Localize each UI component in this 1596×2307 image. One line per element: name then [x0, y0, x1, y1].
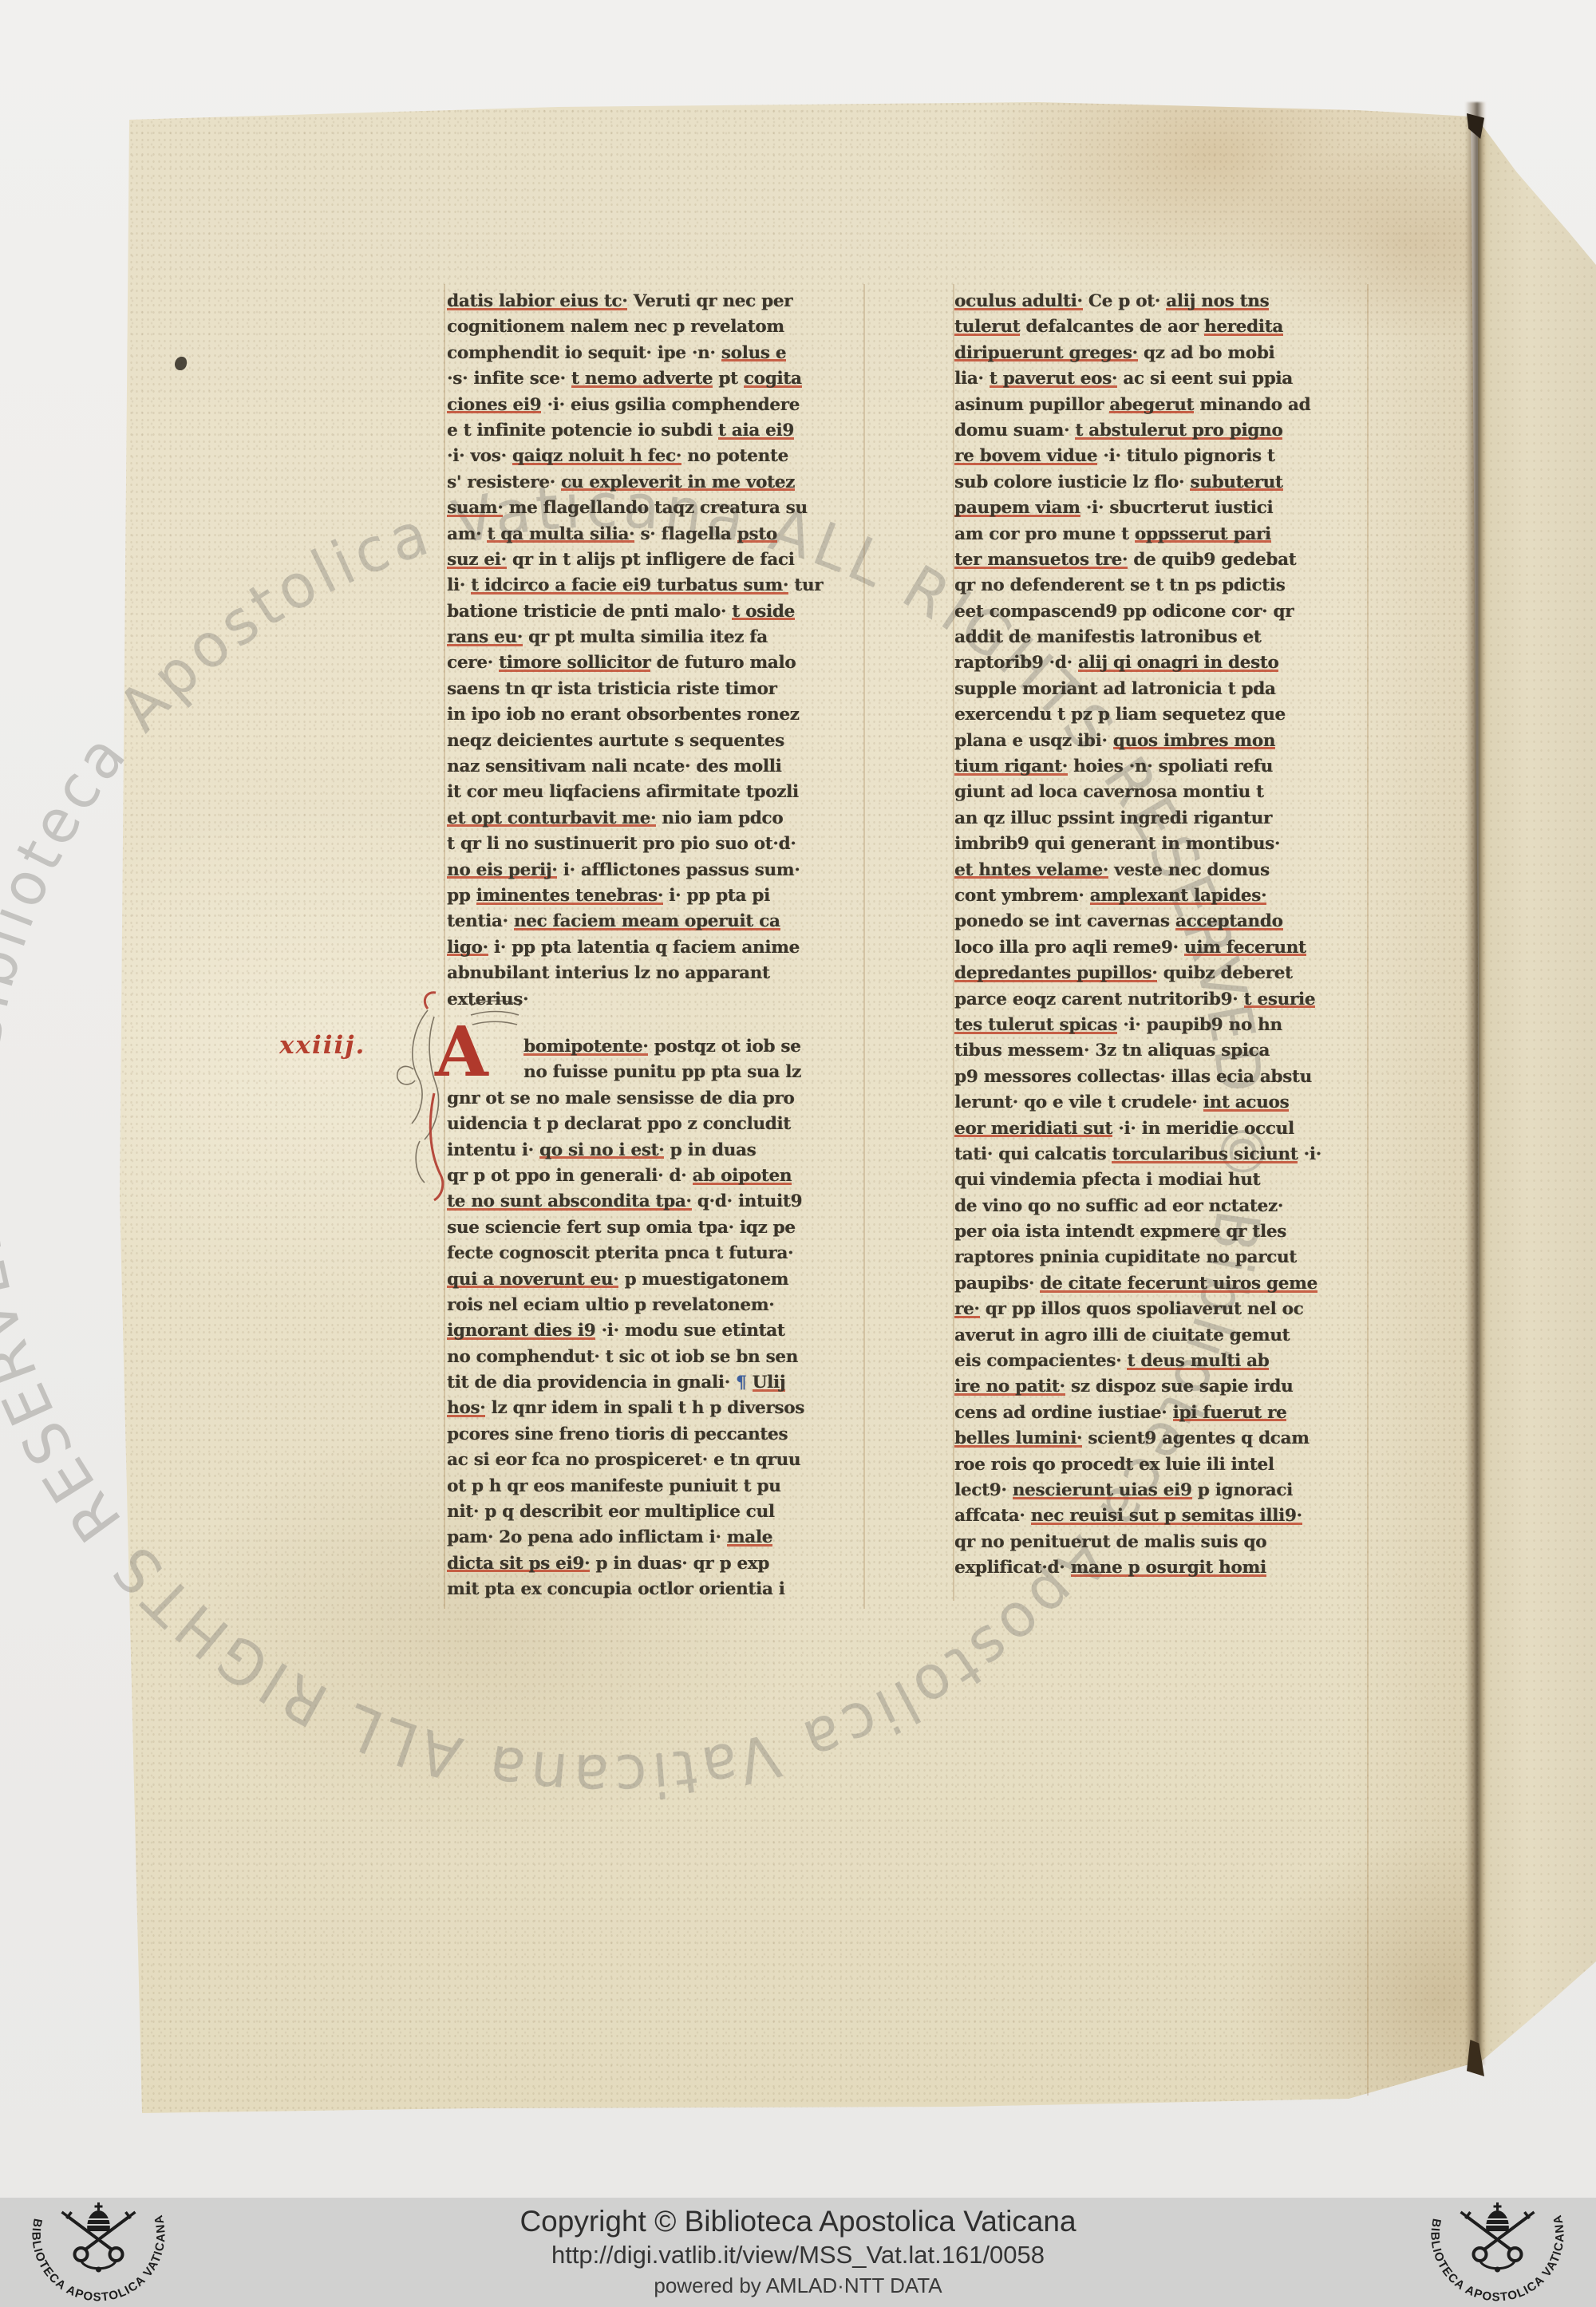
manuscript-line: et opt conturbavit me· nio iam pdco	[447, 806, 863, 832]
manuscript-line: ire no patit· sz dispoz sue sapie irdu	[954, 1374, 1369, 1400]
manuscript-line: supple moriant ad latronicia t pda	[954, 677, 1369, 702]
manuscript-line: bomipotente· postqz ot iob se	[447, 1034, 863, 1060]
ruling-line	[444, 284, 445, 1609]
manuscript-line: lect9· nescierunt uias ei9 p ignoraci	[954, 1478, 1369, 1503]
facing-page-edge	[1473, 0, 1596, 2198]
manuscript-line: sub colore iusticie lz flo· subuterut	[954, 470, 1369, 496]
manuscript-line: ter mansuetos tre· de quib9 gedebat	[954, 547, 1369, 573]
manuscript-url-text: http://digi.vatlib.it/view/MSS_Vat.lat.1…	[0, 2239, 1596, 2271]
manuscript-line: re bovem vidue ·i· titulo pignoris t	[954, 444, 1369, 469]
manuscript-line: naz sensitivam nali ncate· des molli	[447, 754, 863, 780]
manuscript-line: explificat·d· mane p osurgit homi	[954, 1555, 1369, 1581]
binding-gutter-shadow	[1465, 102, 1486, 2065]
manuscript-line: t qr li no sustinuerit pro pio suo ot·d·	[447, 832, 863, 857]
manuscript-line: giunt ad loca cavernosa montiu t	[954, 780, 1369, 805]
manuscript-line: pcores sine freno tioris di peccantes	[447, 1422, 863, 1448]
paraph-mark: ¶	[736, 1373, 746, 1392]
manuscript-photo: © Biblioteca Apostolica Vaticana ALL RIG…	[0, 0, 1596, 2198]
manuscript-line: rois nel eciam ultio p revelatonem·	[447, 1293, 863, 1318]
manuscript-line: pam· 2o pena ado inflictam i· male	[447, 1525, 863, 1551]
manuscript-line: in ipo iob no erant obsorbentes ronez	[447, 702, 863, 728]
ruling-line	[863, 284, 865, 1609]
manuscript-line: plana e usqz ibi· quos imbres mon	[954, 729, 1369, 754]
footer-bar: BIBLIOTECA APOSTOLICA VATICANA Copyright…	[0, 2198, 1596, 2307]
manuscript-line: loco illa pro aqli reme9· uim fecerunt	[954, 935, 1369, 961]
manuscript-line: re· qr pp illos quos spoliaverut nel oc	[954, 1297, 1369, 1322]
manuscript-line: suz ei· qr in t alijs pt infligere de fa…	[447, 547, 863, 573]
manuscript-line: tati· qui calcatis torcularibus siciunt …	[954, 1142, 1369, 1167]
manuscript-line: ac si eor fca no prospiceret· e tn qruu	[447, 1448, 863, 1473]
manuscript-line: an qz illuc pssint ingredi rigantur	[954, 806, 1369, 832]
manuscript-line: exterius·	[447, 987, 863, 1013]
manuscript-line: abnubilant interius lz no apparant	[447, 961, 863, 986]
manuscript-line: qr no defenderent se t tn ps pdictis	[954, 573, 1369, 598]
manuscript-line: sue sciencie fert sup omia tpa· iqz pe	[447, 1215, 863, 1241]
manuscript-line: qui a noverunt eu· p muestigatonem	[447, 1267, 863, 1293]
manuscript-line: ·s· infite sce· t nemo adverte pt cogita	[447, 366, 863, 392]
manuscript-line: p9 messores collectas· illas ecia abstu	[954, 1065, 1369, 1090]
manuscript-line: no fuisse punitu pp pta sua lz	[447, 1060, 863, 1085]
manuscript-line: li· t idcirco a facie ei9 turbatus sum· …	[447, 573, 863, 598]
manuscript-line: belles lumini· scient9 agentes q dcam	[954, 1426, 1369, 1452]
manuscript-line: fecte cognoscit pterita pnca t futura·	[447, 1241, 863, 1266]
manuscript-line: cere· timore sollicitor de futuro malo	[447, 650, 863, 676]
manuscript-line: lerunt· qo e vile t crudele· int acuos	[954, 1090, 1369, 1116]
manuscript-line: tentia· nec faciem meam operuit ca	[447, 909, 863, 934]
manuscript-line: saens tn qr ista tristicia riste timor	[447, 677, 863, 702]
manuscript-line: gnr ot se no male sensisse de dia pro	[447, 1086, 863, 1112]
manuscript-line: domu suam· t abstulerut pro pigno	[954, 418, 1369, 444]
manuscript-line: averut in agro illi de ciuitate gemut	[954, 1323, 1369, 1349]
manuscript-line: oculus adulti· Ce p ot· alij nos tns	[954, 289, 1369, 314]
manuscript-line: e t infinite potencie io subdi t aia ei9	[447, 418, 863, 444]
bav-logo-right: BIBLIOTECA APOSTOLICA VATICANA	[1412, 2201, 1583, 2306]
manuscript-line: batione tristicie de pnti malo· t oside	[447, 599, 863, 625]
manuscript-line: tibus messem· 3z tn aliquas spica	[954, 1038, 1369, 1064]
manuscript-line: depredantes pupillos· quibz deberet	[954, 961, 1369, 986]
manuscript-line: it cor meu liqfaciens afirmitate tpozli	[447, 780, 863, 805]
manuscript-line: exercendu t pz p liam sequetez que	[954, 702, 1369, 728]
left-text-column: datis labior eius tc· Veruti qr nec perc…	[447, 289, 863, 1013]
manuscript-line: affcata· nec reuisi sut p semitas illi9·	[954, 1503, 1369, 1529]
manuscript-line: cens ad ordine iustiae· ipi fuerut re	[954, 1400, 1369, 1426]
manuscript-line: eor meridiati sut ·i· in meridie occul	[954, 1116, 1369, 1142]
manuscript-line: ot p h qr eos manifeste puniuit t pu	[447, 1474, 863, 1499]
manuscript-line: de vino qo no suffic ad eor nctatez·	[954, 1194, 1369, 1219]
chapter-number: xxiiij.	[279, 1031, 365, 1060]
powered-by-text: powered by AMLAD·NTT DATA	[0, 2271, 1596, 2300]
manuscript-line: qr no penituerut de malis suis qo	[954, 1530, 1369, 1555]
manuscript-line: lia· t paverut eos· ac si eent sui ppia	[954, 366, 1369, 392]
manuscript-line: tes tulerut spicas ·i· paupib9 no hn	[954, 1013, 1369, 1038]
manuscript-line: eis compacientes· t deus multi ab	[954, 1349, 1369, 1374]
manuscript-line: nit· p q describit eor multiplice cul	[447, 1499, 863, 1525]
manuscript-line: te no sunt abscondita tpa· q·d· intuit9	[447, 1189, 863, 1215]
manuscript-line: neqz deicientes aurtute s sequentes	[447, 729, 863, 754]
manuscript-line: hos· lz qnr idem in spali t h p diversos	[447, 1396, 863, 1421]
manuscript-line: tit de dia providencia in gnali· ¶ Ulij	[447, 1370, 863, 1396]
papal-keys-tiara-emblem	[1461, 2202, 1535, 2273]
footer-text-block: Copyright © Biblioteca Apostolica Vatica…	[0, 2204, 1596, 2300]
manuscript-line: ignorant dies i9 ·i· modu sue etintat	[447, 1318, 863, 1344]
manuscript-line: intentu i· qo si no i est· p in duas	[447, 1138, 863, 1163]
digitized-manuscript-viewer: © Biblioteca Apostolica Vaticana ALL RIG…	[0, 0, 1596, 2307]
left-text-column-paragraph: bomipotente· postqz ot iob seno fuisse p…	[447, 1034, 863, 1603]
manuscript-line: parce eoqz carent nutritorib9· t esurie	[954, 987, 1369, 1013]
manuscript-line: et hntes velame· veste nec domus	[954, 858, 1369, 883]
manuscript-line: rans eu· qr pt multa similia itez fa	[447, 625, 863, 650]
manuscript-line: uidencia t p declarat ppo z concludit	[447, 1112, 863, 1137]
manuscript-line: qr p ot ppo in generali· d· ab oipoten	[447, 1163, 863, 1189]
manuscript-line: mit pta ex concupia octlor orientia i	[447, 1577, 863, 1602]
manuscript-line: imbrib9 qui generant in montibus·	[954, 832, 1369, 857]
manuscript-line: s' resistere· cu expleverit in me votez	[447, 470, 863, 496]
manuscript-line: asinum pupillor abegerut minando ad	[954, 393, 1369, 418]
manuscript-line: no comphendut· t sic ot iob se bn sen	[447, 1345, 863, 1370]
manuscript-line: raptorib9 ·d· alij qi onagri in desto	[954, 650, 1369, 676]
manuscript-line: ponedo se int cavernas acceptando	[954, 909, 1369, 934]
manuscript-line: pp iminentes tenebras· i· pp pta pi	[447, 883, 863, 909]
right-text-column: oculus adulti· Ce p ot· alij nos tnstule…	[954, 289, 1369, 1582]
manuscript-line: cognitionem nalem nec p revelatom	[447, 314, 863, 340]
manuscript-line: no eis perij· i· afflictones passus sum·	[447, 858, 863, 883]
manuscript-line: ligo· i· pp pta latentia q faciem anime	[447, 935, 863, 961]
manuscript-line: suam· me flagellando taqz creatura su	[447, 496, 863, 521]
manuscript-line: cont ymbrem· amplexant lapides·	[954, 883, 1369, 909]
manuscript-line: roe rois qo procedt ex luie ili intel	[954, 1452, 1369, 1478]
manuscript-line: tulerut defalcantes de aor heredita	[954, 314, 1369, 340]
manuscript-line: tium rigant· hoies ·n· spoliati refu	[954, 754, 1369, 780]
manuscript-line: addit de manifestis latronibus et	[954, 625, 1369, 650]
manuscript-line: ·i· vos· qaiqz noluit h fec· no potente	[447, 444, 863, 469]
manuscript-line: ciones ei9 ·i· eius gsilia comphendere	[447, 393, 863, 418]
manuscript-line: diripuerunt greges· qz ad bo mobi	[954, 341, 1369, 366]
manuscript-line: eet compascend9 pp odicone cor· qr	[954, 599, 1369, 625]
copyright-text: Copyright © Biblioteca Apostolica Vatica…	[0, 2204, 1596, 2239]
manuscript-line: paupibs· de citate fecerunt uiros geme	[954, 1271, 1369, 1297]
manuscript-line: am· t qa multa silia· s· flagella psto	[447, 522, 863, 547]
manuscript-line: dicta sit ps ei9· p in duas· qr p exp	[447, 1551, 863, 1577]
manuscript-line: qui vindemia pfecta i modiai hut	[954, 1167, 1369, 1193]
manuscript-line: datis labior eius tc· Veruti qr nec per	[447, 289, 863, 314]
manuscript-line: raptores pninia cupiditate no parcut	[954, 1245, 1369, 1270]
manuscript-line: per oia ista intendt expmere qr tles	[954, 1219, 1369, 1245]
manuscript-line: am cor pro mune t oppsserut pari	[954, 522, 1369, 547]
manuscript-line: paupem viam ·i· sbucrterut iustici	[954, 496, 1369, 521]
manuscript-line: comphendit io sequit· ipe ·n· solus e	[447, 341, 863, 366]
